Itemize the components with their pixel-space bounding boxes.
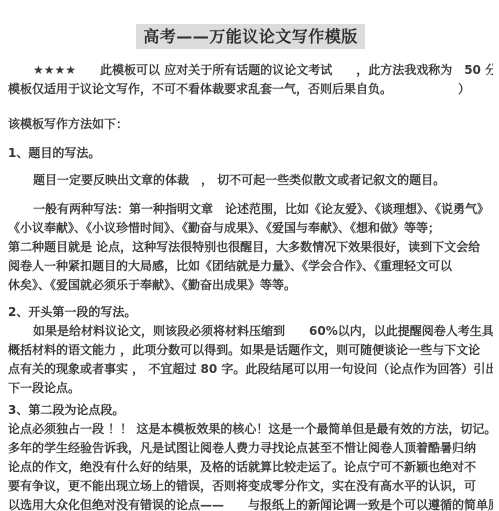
text-line: 阅卷人一种紧扣题目的大局感，比如《团结就是力量》、《学会合作》、《重理轻文可以	[8, 257, 493, 276]
text-line: 第二种题目就是 论点，这种写法很特别也很醒目，大多数情况下效果很好，读到下文会给	[8, 238, 493, 257]
document-content: 高考——万能议论文写作模版 ★★★★ 此模板可以 应对关于所有话题的议论文考试 …	[0, 0, 499, 511]
section-1-paragraph-2: 一般有两种写法：第一种指明文章 论述范围，比如《论友爱》、《谈理想》、《说勇气》…	[8, 200, 493, 295]
section-3-heading: 3、第二段为论点段。	[8, 401, 493, 420]
title-row: 高考——万能议论文写作模版	[8, 24, 493, 49]
text-line: 如果是给材料议论文，则该段必须将材料压缩到 60%以内，以此提醒阅卷人考生具备	[8, 322, 493, 341]
intro-line: 模板仅适用于议论文写作，不可不看体裁要求乱套一气，否则后果自负。 ）	[8, 80, 493, 99]
text-line: 一般有两种写法：第一种指明文章 论述范围，比如《论友爱》、《谈理想》、《说勇气》	[8, 200, 493, 219]
text-line: 休矣》、《爱国就必须乐于奉献》、《勤奋出成果》等等。	[8, 276, 493, 295]
intro-paragraph: ★★★★ 此模板可以 应对关于所有话题的议论文考试 ，此方法我戏称为 50 分作…	[8, 61, 493, 99]
text-line: 多年的学生经验告诉我，凡是试图让阅卷人费力寻找论点甚至不惜让阅卷人顶着酷暑归纳	[8, 439, 493, 458]
text-line: 论点必须独占一段 ！！ 这是本模板效果的核心！这是一个最简单但是最有效的方法，切…	[8, 420, 493, 439]
method-intro-paragraph: 该模板写作方法如下：	[8, 115, 493, 134]
section-2-paragraph-1: 如果是给材料议论文，则该段必须将材料压缩到 60%以内，以此提醒阅卷人考生具备 …	[8, 322, 493, 398]
method-intro-line: 该模板写作方法如下：	[8, 115, 493, 134]
section-2-heading-text: 2、开头第一段的写法。	[8, 303, 493, 322]
text-line: 要有争议，更不能出现立场上的错误，否则将变成零分作文，实在没有高水平的认识，可	[8, 477, 493, 496]
text-line: 点有关的现象或者事实 ， 不宜超过 80 字。此段结尾可以用一句设问（论点作为回…	[8, 360, 493, 379]
text-line: 题目一定要反映出文章的体裁 ， 切不可起一些类似散文或者记叙文的题目。	[8, 171, 493, 190]
section-3-paragraph-1: 论点必须独占一段 ！！ 这是本模板效果的核心！这是一个最简单但是最有效的方法，切…	[8, 420, 493, 511]
section-3-heading-text: 3、第二段为论点段。	[8, 401, 493, 420]
document-page: 高考——万能议论文写作模版 ★★★★ 此模板可以 应对关于所有话题的议论文考试 …	[0, 0, 499, 511]
text-line: 概括材料的语文能力 ，此项分数可以得到。如果是话题作文，则可随便谈论一些与下文论	[8, 341, 493, 360]
intro-line-stars: ★★★★ 此模板可以 应对关于所有话题的议论文考试 ，此方法我戏称为 50 分作…	[8, 61, 493, 80]
text-line: 以选用大众化但绝对没有错误的论点—— 与报纸上的新闻论调一致是个可以遵循的简单原	[8, 496, 493, 511]
text-line: 论点的作文，绝没有什么好的结果，及格的话就算比较走运了。论点宁可不新颖也绝对不	[8, 458, 493, 477]
section-1-heading: 1、题目的写法。	[8, 144, 493, 163]
text-line: 《小议奉献》、《小议珍惜时间》、《勤奋与成果》、《爱国与奉献》、《想和做》等等；	[8, 219, 493, 238]
section-2-heading: 2、开头第一段的写法。	[8, 303, 493, 322]
section-1-paragraph-1: 题目一定要反映出文章的体裁 ， 切不可起一些类似散文或者记叙文的题目。	[8, 171, 493, 190]
page-title: 高考——万能议论文写作模版	[136, 24, 365, 49]
section-1-heading-text: 1、题目的写法。	[8, 144, 493, 163]
text-line: 下一段论点。	[8, 379, 493, 398]
